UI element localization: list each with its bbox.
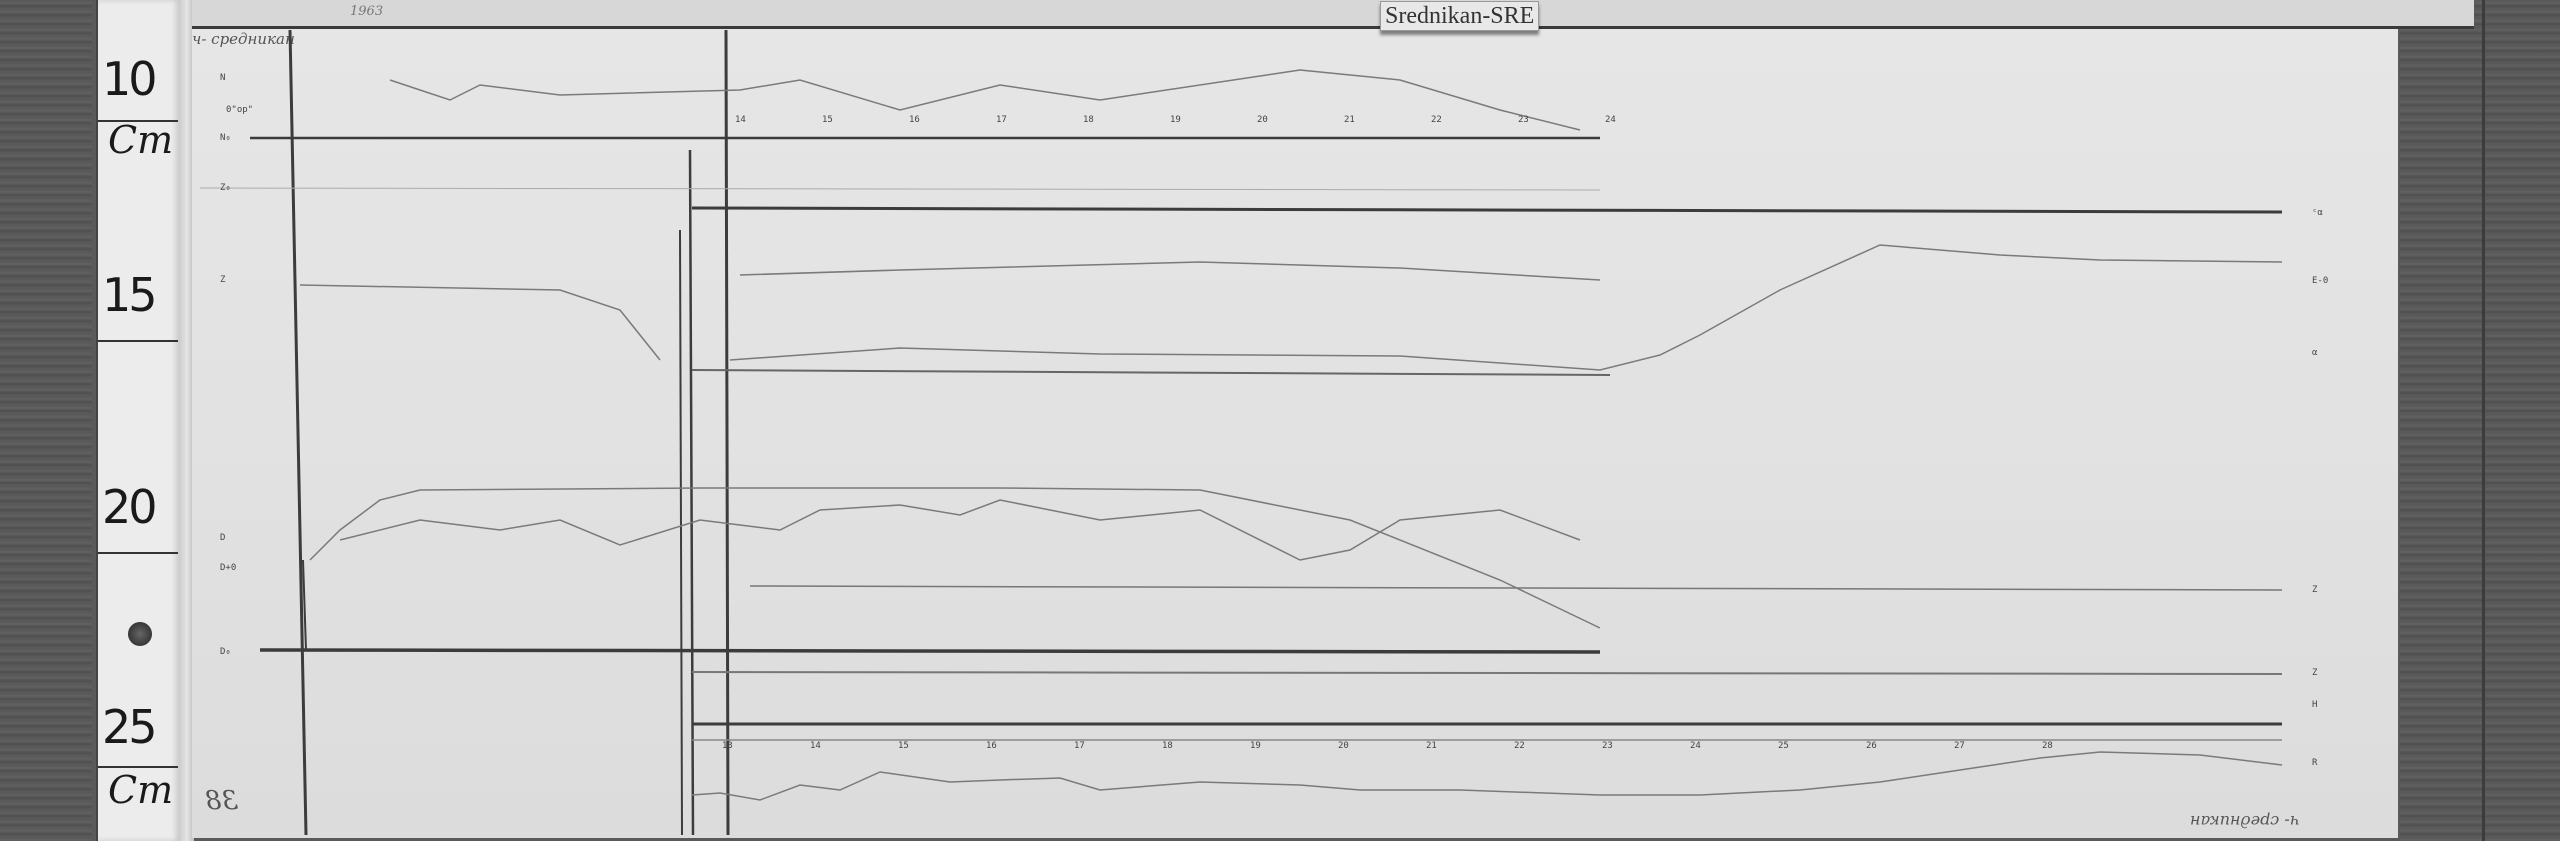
svg-text:18: 18 <box>1162 741 1173 751</box>
svg-text:21: 21 <box>1344 115 1355 125</box>
svg-text:ᶜα: ᶜα <box>2312 208 2323 218</box>
svg-text:16: 16 <box>986 741 997 751</box>
svg-text:E-0: E-0 <box>2312 276 2328 286</box>
svg-text:23: 23 <box>1518 115 1529 125</box>
svg-text:H: H <box>2312 700 2317 710</box>
svg-text:N₀: N₀ <box>220 133 231 143</box>
svg-text:14: 14 <box>810 741 821 751</box>
svg-text:20: 20 <box>1257 115 1268 125</box>
svg-text:Z: Z <box>220 275 226 285</box>
channel-labels-right: ᶜαE-0αZZHR <box>2312 208 2328 768</box>
svg-text:0"ор": 0"ор" <box>226 105 253 115</box>
svg-text:17: 17 <box>996 115 1007 125</box>
svg-text:Z: Z <box>2312 585 2318 595</box>
svg-text:26: 26 <box>1866 741 1877 751</box>
svg-text:19: 19 <box>1170 115 1181 125</box>
svg-text:22: 22 <box>1431 115 1442 125</box>
svg-text:13: 13 <box>722 741 733 751</box>
svg-text:24: 24 <box>1690 741 1701 751</box>
svg-text:25: 25 <box>1778 741 1789 751</box>
svg-text:D₀: D₀ <box>220 647 231 657</box>
svg-text:D: D <box>220 533 225 543</box>
svg-text:Z: Z <box>2312 668 2318 678</box>
svg-text:14: 14 <box>735 115 746 125</box>
svg-text:23: 23 <box>1602 741 1613 751</box>
svg-text:21: 21 <box>1426 741 1437 751</box>
svg-text:α: α <box>2312 348 2318 358</box>
seismogram-traces: 1415161718192021222324 13141516171819202… <box>0 0 2560 841</box>
svg-text:16: 16 <box>909 115 920 125</box>
svg-text:N: N <box>220 73 225 83</box>
svg-text:28: 28 <box>2042 741 2053 751</box>
svg-text:17: 17 <box>1074 741 1085 751</box>
svg-text:D+0: D+0 <box>220 563 236 573</box>
svg-text:19: 19 <box>1250 741 1261 751</box>
minute-marks-bottom: 13141516171819202122232425262728 <box>722 741 2053 751</box>
svg-text:15: 15 <box>822 115 833 125</box>
svg-text:24: 24 <box>1605 115 1616 125</box>
minute-marks-top: 1415161718192021222324 <box>735 115 1616 125</box>
svg-text:15: 15 <box>898 741 909 751</box>
svg-text:20: 20 <box>1338 741 1349 751</box>
svg-text:R: R <box>2312 758 2318 768</box>
svg-text:27: 27 <box>1954 741 1965 751</box>
channel-labels-left: N0"ор"N₀Z₀ZDD+0D₀ <box>220 73 253 657</box>
svg-text:22: 22 <box>1514 741 1525 751</box>
svg-text:Z₀: Z₀ <box>220 183 231 193</box>
svg-text:18: 18 <box>1083 115 1094 125</box>
